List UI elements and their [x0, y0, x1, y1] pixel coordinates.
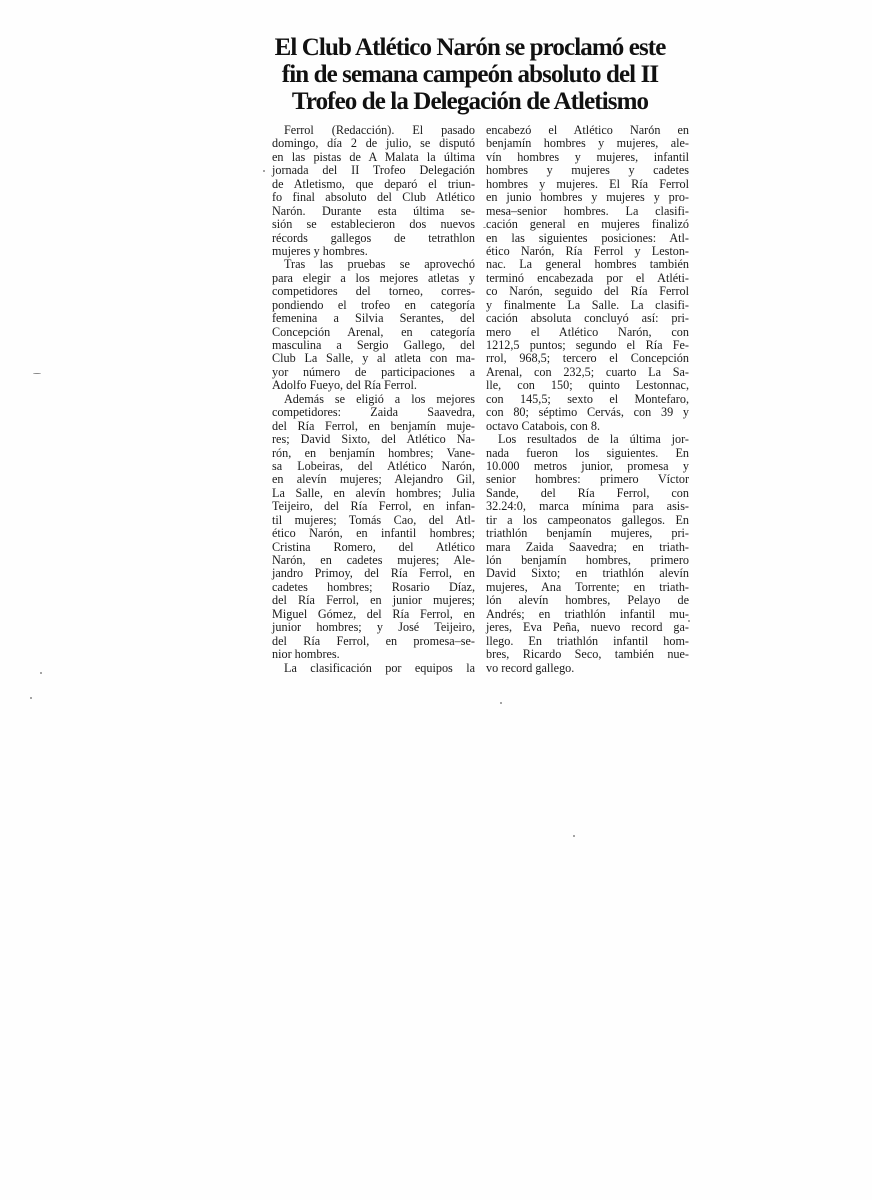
article-text-line: Además se eligió a los mejores — [272, 393, 475, 406]
article-text-line: lle, con 150; quinto Lestonnac, — [486, 379, 689, 392]
article-text-line: jornada del II Trofeo Delegación — [272, 164, 475, 177]
article-text-line: Narón, en cadetes mujeres; Ale- — [272, 554, 475, 567]
article-text-line: terminó encabezada por el Atléti- — [486, 272, 689, 285]
article-text-line: mero el Atlético Narón, con — [486, 326, 689, 339]
article-text-line: bres, Ricardo Seco, también nue- — [486, 648, 689, 661]
article-text-line: pondiendo el trofeo en categoría — [272, 299, 475, 312]
article-text-line: jeres, Eva Peña, nuevo record ga- — [486, 621, 689, 634]
article-text-line: Narón. Durante esta última se- — [272, 205, 475, 218]
scan-speck — [33, 373, 41, 374]
article-text-line: rón, en benjamín hombres; Vane- — [272, 447, 475, 460]
article-text-line: Adolfo Fueyo, del Ría Ferrol. — [272, 379, 475, 392]
article-text-line: Club La Salle, y al atleta con ma- — [272, 352, 475, 365]
article-text-line: mujeres y hombres. — [272, 245, 475, 258]
article-text-line: Los resultados de la última jor- — [486, 433, 689, 446]
article-text-line: rrol, 968,5; tercero el Concepción — [486, 352, 689, 365]
article-text-line: yor número de participaciones a — [272, 366, 475, 379]
article-text-line: mara Zaida Saavedra; en triath- — [486, 541, 689, 554]
article-text-line: del Ría Ferrol, en benjamín muje- — [272, 420, 475, 433]
article-text-line: octavo Catabois, con 8. — [486, 420, 689, 433]
article-text-line: 1212,5 puntos; segundo el Ría Fe- — [486, 339, 689, 352]
article-text-line: llego. En triathlón infantil hom- — [486, 635, 689, 648]
article-column-1: Ferrol (Redacción). El pasadodomingo, dí… — [272, 124, 475, 675]
article-text-line: mujeres, Ana Torrente; en triath- — [486, 581, 689, 594]
headline-line: Trofeo de la Delegación de Atletismo — [270, 88, 670, 115]
article-text-line: Arenal, con 232,5; cuarto La Sa- — [486, 366, 689, 379]
article-text-line: con 80; séptimo Cervás, con 39 y — [486, 406, 689, 419]
article-text-line: Teijeiro, del Ría Ferrol, en infan- — [272, 500, 475, 513]
article-text-line: 32.24:0, marca mínima para asis- — [486, 500, 689, 513]
article-text-line: res; David Sixto, del Atlético Na- — [272, 433, 475, 446]
article-text-line: sión se establecieron dos nuevos — [272, 218, 475, 231]
article-text-line: nac. La general hombres también — [486, 258, 689, 271]
article-text-line: cación general en mujeres finalizó — [486, 218, 689, 231]
article-text-line: fo final absoluto del Club Atlético — [272, 191, 475, 204]
article-text-line: competidores: Zaida Saavedra, — [272, 406, 475, 419]
scan-speck — [573, 835, 575, 837]
article-text-line: del Ría Ferrol, en promesa–se- — [272, 635, 475, 648]
article-text-line: mesa–senior hombres. La clasifi- — [486, 205, 689, 218]
article-text-line: ético Narón, en infantil hombres; — [272, 527, 475, 540]
article-text-line: jandro Primoy, del Ría Ferrol, en — [272, 567, 475, 580]
article-text-line: La Salle, en alevín hombres; Julia — [272, 487, 475, 500]
article-text-line: Ferrol (Redacción). El pasado — [272, 124, 475, 137]
scan-speck — [688, 620, 690, 622]
article-text-line: vo record gallego. — [486, 662, 689, 675]
article-text-line: vín hombres y mujeres, infantil — [486, 151, 689, 164]
article-text-line: David Sixto; en triathlón alevín — [486, 567, 689, 580]
article-text-line: en las pistas de A Malata la última — [272, 151, 475, 164]
article-text-line: cadetes hombres; Rosario Díaz, — [272, 581, 475, 594]
newspaper-clipping: El Club Atlético Narón se proclamó este … — [0, 0, 872, 1200]
article-text-line: para elegir a los mejores atletas y — [272, 272, 475, 285]
article-text-line: junior hombres; y José Teijeiro, — [272, 621, 475, 634]
article-text-line: senior hombres: primero Víctor — [486, 473, 689, 486]
article-column-2: encabezó el Atlético Narón enbenjamín ho… — [486, 124, 689, 675]
article-text-line: con 145,5; sexto el Montefaro, — [486, 393, 689, 406]
scan-speck — [500, 702, 502, 704]
article-text-line: en alevín mujeres; Alejandro Gil, — [272, 473, 475, 486]
article-text-line: en junio hombres y mujeres y pro- — [486, 191, 689, 204]
scan-speck — [40, 672, 42, 674]
article-text-line: femenina a Silvia Serantes, del — [272, 312, 475, 325]
article-text-line: ético Narón, Ría Ferrol y Leston- — [486, 245, 689, 258]
article-text-line: hombres y mujeres. El Ría Ferrol — [486, 178, 689, 191]
article-text-line: Concepción Arenal, en categoría — [272, 326, 475, 339]
article-text-line: triathlón benjamín mujeres, pri- — [486, 527, 689, 540]
article-text-line: lón alevín hombres, Pelayo de — [486, 594, 689, 607]
article-text-line: masculina a Sergio Gallego, del — [272, 339, 475, 352]
article-text-line: competidores del torneo, corres- — [272, 285, 475, 298]
article-headline: El Club Atlético Narón se proclamó este … — [270, 34, 670, 115]
article-text-line: tir a los campeonatos gallegos. En — [486, 514, 689, 527]
headline-line: El Club Atlético Narón se proclamó este — [270, 34, 670, 61]
scan-speck — [483, 227, 486, 228]
article-text-line: nada fueron los siguientes. En — [486, 447, 689, 460]
article-text-line: cación absoluta concluyó así: pri- — [486, 312, 689, 325]
article-text-line: sa Lobeiras, del Atlético Narón, — [272, 460, 475, 473]
headline-line: fin de semana campeón absoluto del II — [270, 61, 670, 88]
article-text-line: récords gallegos de tetrathlon — [272, 232, 475, 245]
article-text-line: La clasificación por equipos la — [272, 662, 475, 675]
article-text-line: til mujeres; Tomás Cao, del Atl- — [272, 514, 475, 527]
article-text-line: encabezó el Atlético Narón en — [486, 124, 689, 137]
article-text-line: y finalmente La Salle. La clasifi- — [486, 299, 689, 312]
scan-speck — [263, 170, 265, 172]
article-text-line: Sande, del Ría Ferrol, con — [486, 487, 689, 500]
article-text-line: en las siguientes posiciones: Atl- — [486, 232, 689, 245]
article-text-line: Andrés; en triathlón infantil mu- — [486, 608, 689, 621]
article-text-line: co Narón, seguido del Ría Ferrol — [486, 285, 689, 298]
article-text-line: domingo, día 2 de julio, se disputó — [272, 137, 475, 150]
article-text-line: Tras las pruebas se aprovechó — [272, 258, 475, 271]
article-text-line: de Atletismo, que deparó el triun- — [272, 178, 475, 191]
article-text-line: hombres y mujeres y cadetes — [486, 164, 689, 177]
article-text-line: lón benjamín hombres, primero — [486, 554, 689, 567]
article-text-line: 10.000 metros junior, promesa y — [486, 460, 689, 473]
scan-speck — [650, 127, 652, 129]
article-text-line: Cristina Romero, del Atlético — [272, 541, 475, 554]
article-text-line: benjamín hombres y mujeres, ale- — [486, 137, 689, 150]
article-text-line: Miguel Gómez, del Ría Ferrol, en — [272, 608, 475, 621]
article-text-line: nior hombres. — [272, 648, 475, 661]
scan-speck — [30, 697, 32, 699]
article-text-line: del Ría Ferrol, en junior mujeres; — [272, 594, 475, 607]
